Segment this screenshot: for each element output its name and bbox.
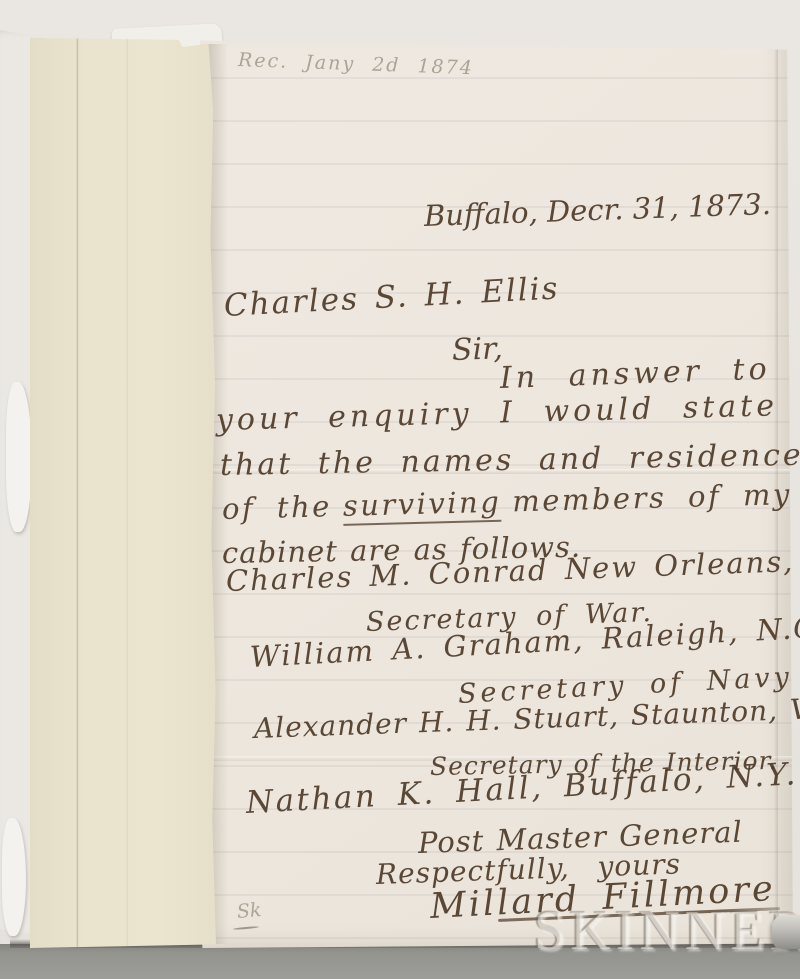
skinner-watermark: SKINNER (534, 899, 800, 963)
body-line-4-suffix: members of my (512, 477, 792, 518)
torn-paper-edge (2, 818, 26, 936)
fold-crease (126, 38, 128, 948)
fold-crease (76, 38, 79, 948)
folded-strip (30, 38, 216, 948)
letter-salutation: Sir, (451, 332, 503, 368)
auction-photo-of-letter: Rec. Jany 2d 1874 Buffalo, Decr. 31, 187… (0, 0, 800, 979)
paperweight-corner-object (772, 915, 800, 949)
body-line-4-prefix: of the (222, 490, 333, 526)
pencil-catalog-mark: Sk (236, 900, 262, 924)
torn-paper-edge (6, 382, 32, 532)
body-line-4-underlined-word: surviving (342, 486, 501, 526)
